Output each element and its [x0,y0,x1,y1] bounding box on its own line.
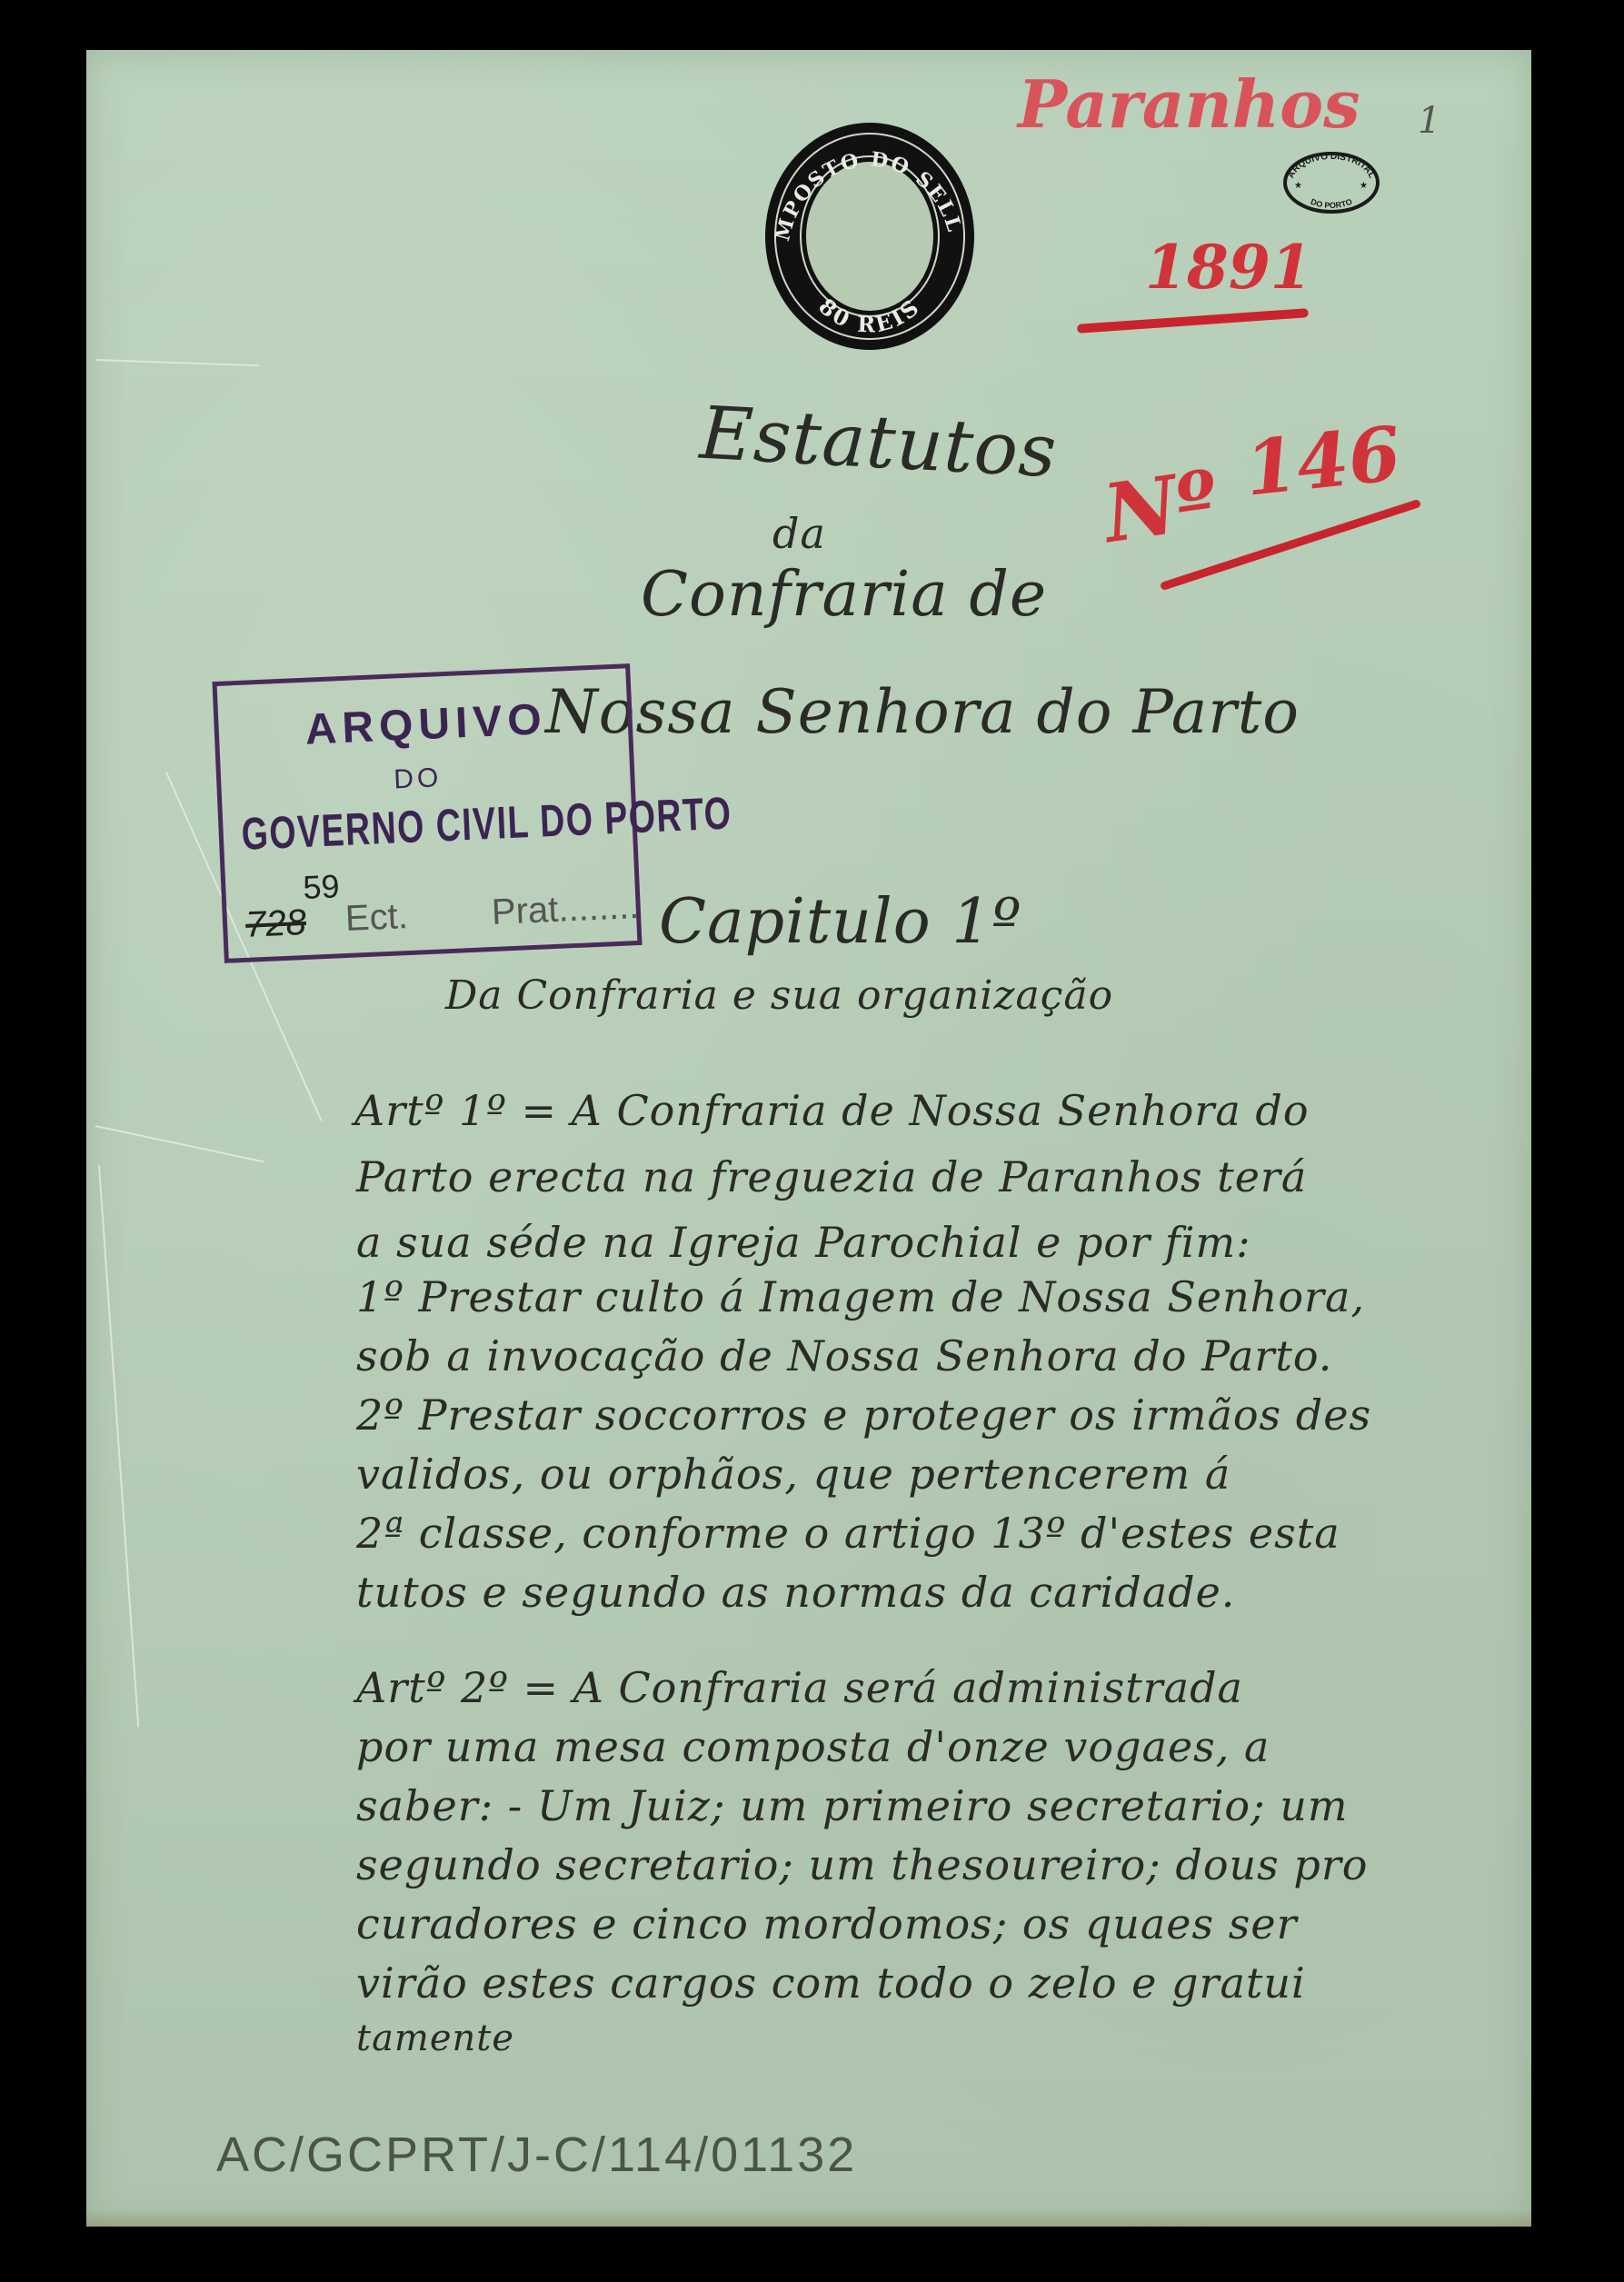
svg-text:ARQUIVO DISTRITAL: ARQUIVO DISTRITAL [1286,152,1377,180]
stamp-field-prat: Prat........ [491,886,640,932]
archive-stamp: ARQUIVO DO GOVERNO CIVIL DO PORTO 59 728… [212,663,642,963]
stamp-number-old: 728 [244,902,307,946]
article-2-line: Artº 2º = A Confraria será administrada [356,1663,1243,1712]
article-1-line: sob a invocação de Nossa Senhora do Part… [356,1331,1332,1380]
article-1-line: 1º Prestar culto á Imagem de Nossa Senho… [356,1272,1365,1321]
title-line-2: da [772,509,826,558]
parish-annotation: Paranhos [1018,65,1360,143]
stamp-number-new: 59 [303,867,341,907]
number-annotation: 146 [1240,410,1404,513]
stamp-line-2: DO [394,762,443,795]
title-line-4: Nossa Senhora do Parto [545,677,1300,747]
year-annotation: 1891 [1145,232,1312,303]
article-1-line: a sua séde na Igreja Parochial e por fim… [356,1218,1251,1267]
stamp-line-1: ARQUIVO [304,694,548,755]
article-1-line: Parto erecta na freguezia de Paranhos te… [356,1152,1307,1201]
article-2-line: saber: - Um Juiz; um primeiro secretario… [356,1781,1348,1830]
article-2-line: tamente [356,2018,514,2059]
article-1-line: tutos e segundo as normas da caridade. [356,1568,1235,1617]
stamp-fields: Ect. Prat........ [344,886,640,940]
oval-stamp-bottom-text: DO PORTO [1310,197,1354,210]
article-2-line: segundo secretario; um thesoureiro; dous… [356,1840,1369,1889]
svg-text:★: ★ [1294,181,1302,191]
page-edge [86,2210,1531,2227]
oval-stamp-top-text: ARQUIVO DISTRITAL [1286,152,1377,180]
article-1-line: Artº 1º = A Confraria de Nossa Senhora d… [354,1086,1310,1135]
stamp-field-ect: Ect. [344,896,409,939]
article-1-line: validos, ou orphãos, que pertencerem á [356,1450,1230,1499]
chapter-subheading: Da Confraria e sua organização [445,972,1113,1019]
svg-text:DO PORTO: DO PORTO [1310,197,1354,210]
tax-seal-stamp: IMPOSTO DO SELLO 80 REIS [752,116,987,357]
svg-text:★: ★ [1360,181,1368,191]
article-2-line: por uma mesa composta d'onze vogaes, a [356,1722,1270,1771]
page-number: 1 [1418,100,1441,142]
title-line-3: Confraria de [641,559,1047,631]
oval-archive-stamp: ARQUIVO DISTRITAL DO PORTO ★ ★ [1281,150,1381,215]
article-2-line: curadores e cinco mordomos; os quaes ser [356,1899,1298,1948]
number-label: Nº [1098,452,1223,561]
article-1-line: 2º Prestar soccorros e proteger os irmão… [356,1390,1371,1440]
chapter-heading: Capitulo 1º [659,886,1022,958]
reference-code: AC/GCPRT/J-C/114/01132 [216,2127,857,2183]
article-2-line: virão estes cargos com todo o zelo e gra… [356,1958,1306,2008]
article-1-line: 2ª classe, conforme o artigo 13º d'estes… [356,1509,1340,1558]
